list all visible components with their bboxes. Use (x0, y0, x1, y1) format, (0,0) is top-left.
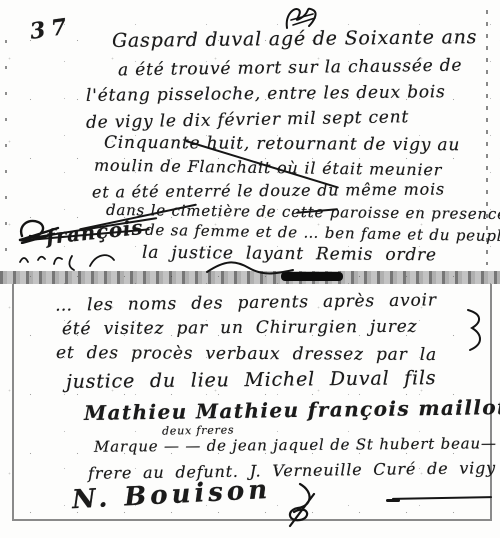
record-line: et des procès verbaux dressez par la (56, 343, 437, 365)
record-line: moulin de Flanchait où il était meunier (94, 156, 442, 180)
signature-text: N. Bouison (71, 475, 271, 515)
left-margin-speckle (2, 40, 10, 270)
record-line: l'étang pisseloche, entre les deux bois (86, 82, 446, 106)
page-number-mark: 37 (28, 13, 74, 45)
interline-note: deux freres (162, 423, 235, 437)
brace-flourish (462, 308, 488, 352)
record-line: de vigy le dix février mil sept cent (86, 107, 409, 133)
signature-paraph (280, 482, 320, 530)
record-line: a été trouvé mort sur la chaussée de (118, 56, 463, 81)
record-line: de sa femme et de … ben fame et du peupl… (145, 221, 500, 245)
signature-loop (18, 214, 64, 244)
record-line: … les noms des parents après avoir (55, 290, 437, 315)
horizontal-dash-mark (392, 496, 492, 500)
bottom-fragment-left-edge (12, 284, 14, 520)
record-line: Mathieu Mathieu françois maillot (84, 395, 500, 425)
record-line: Gaspard duval agé de Soixante ans (112, 26, 477, 52)
record-line: été visitez par un Chirurgien jurez (62, 317, 417, 339)
record-line: Cinquante huit, retournant de vigy au (104, 133, 460, 155)
record-line: justice du lieu Michel Duval fils (66, 367, 437, 393)
bottom-fragment-bottom-edge (12, 519, 492, 521)
junction-squiggle (205, 252, 295, 278)
record-line: et a été enterré le douze du même mois (92, 179, 445, 201)
signature-block: N. Bouison (72, 480, 271, 510)
dash-tail (386, 499, 400, 502)
record-line: Marque — — de jean jaquel de St hubert b… (94, 434, 497, 456)
manuscript-scan-page: 37 Gaspard duval agé de Soixante ans a é… (0, 0, 500, 538)
